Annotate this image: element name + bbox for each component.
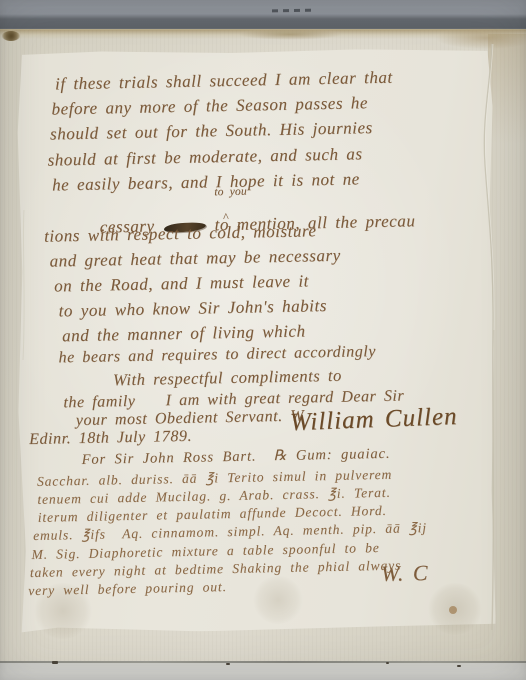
dust-speck [386, 662, 389, 664]
letter-line: before any more of the Season passes he [51, 94, 368, 117]
handwritten-text-block: if these trials shall succeed I am clear… [0, 0, 526, 680]
letter-line: and great heat that may be necessary [49, 247, 340, 270]
signature-initials: W. C [381, 562, 429, 585]
prescription-line: For Sir John Ross Bart. ℞ Gum: guaiac. [81, 447, 390, 468]
date-line: Edinr. 18th July 1789. [29, 429, 192, 448]
closing-line: your most Obedient Servant. W [76, 409, 305, 430]
closing-line: With respectful compliments to [113, 368, 342, 389]
letter-line: and the manner of living which [62, 322, 306, 344]
letter-line: should at first be moderate, and such as [47, 145, 362, 168]
letter-line: on the Road, and I must leave it [54, 272, 309, 294]
letter-line: to you who know Sir John's habits [58, 297, 327, 319]
letter-line-segment: all the precau [300, 211, 416, 232]
signature: William Cullen [289, 404, 458, 435]
dust-speck [226, 663, 230, 665]
surface-below-sheet [0, 663, 526, 680]
interlinear-insertion: to you [214, 187, 247, 199]
manuscript-letter-photo: if these trials shall succeed I am clear… [0, 0, 526, 680]
prescription-line: very well before pouring out. [28, 580, 227, 597]
letter-line: he bears and requires to direct accordin… [58, 344, 376, 366]
dust-speck [52, 661, 58, 664]
letter-line: should set out for the South. His journi… [50, 119, 373, 142]
letter-line: he easily bears, and I hope it is not ne [52, 170, 360, 193]
insertion-caret: ^ [223, 211, 229, 223]
letter-line: if these trials shall succeed I am clear… [55, 69, 393, 93]
dust-speck [457, 665, 461, 667]
prescription-line: taken every night at bedtime Shaking the… [30, 559, 402, 580]
